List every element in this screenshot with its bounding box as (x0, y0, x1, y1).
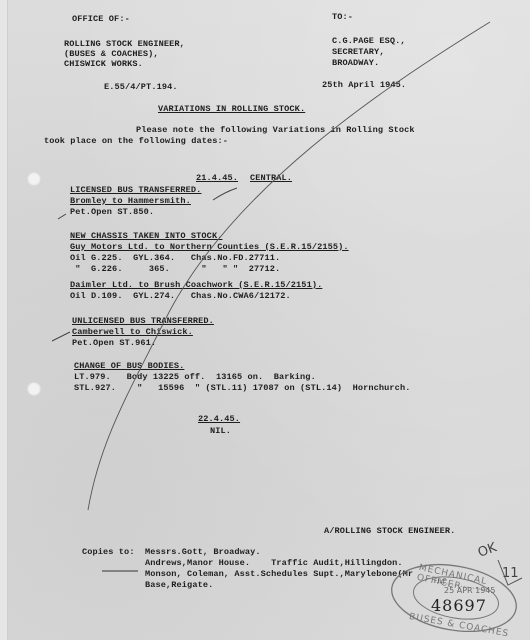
to-line-3: BROADWAY. (332, 58, 379, 68)
from-label: OFFICE OF:- (72, 14, 130, 24)
new-chassis-row-2: " G.226. 365. " " " 27712. (70, 264, 280, 274)
document-page: OFFICE OF:- ROLLING STOCK ENGINEER, (BUS… (0, 0, 530, 640)
from-line-3: CHISWICK WORKS. (64, 59, 143, 69)
second-date-value: NIL. (210, 426, 231, 436)
signature-line: A/ROLLING STOCK ENGINEER. (324, 526, 455, 536)
reference-number: E.55/4/PT.194. (104, 82, 178, 92)
date-heading: 21.4.45. (196, 173, 238, 183)
depot-heading: CENTRAL. (250, 173, 292, 183)
punch-hole-top (27, 172, 41, 186)
copies-label: Copies to: (82, 547, 135, 557)
letter-date: 25th April 1945. (322, 80, 406, 90)
copies-line-2: Andrews,Manor House. Traffic Audit,Hilli… (145, 558, 403, 568)
intro-line-2: took place on the following dates:- (44, 136, 228, 146)
unlicensed-transfer-heading: UNLICENSED BUS TRANSFERRED. (72, 316, 214, 326)
new-chassis-line-2: Daimler Ltd. to Brush Coachwork (S.E.R.1… (70, 280, 322, 290)
licensed-transfer-heading: LICENSED BUS TRANSFERRED. (70, 185, 201, 195)
handwritten-mark-ok: OK (476, 540, 499, 561)
body-change-row-1: LT.979. Body 13225 off. 13165 on. Barkin… (74, 372, 316, 382)
stamp-file-label: FILE (434, 578, 446, 585)
new-chassis-line-1: Guy Motors Ltd. to Northern Counties (S.… (70, 242, 349, 252)
intro-line-1: Please note the following Variations in … (136, 125, 415, 135)
stamp-date: 25 APR 1945 (444, 586, 495, 595)
copies-line-3: Monson, Coleman, Asst.Schedules Supt.,Ma… (145, 569, 413, 579)
new-chassis-row-3: Oil D.109. GYL.274. Chas.No.CWA6/12172. (70, 291, 291, 301)
to-line-1: C.G.PAGE ESQ., (332, 36, 406, 46)
stamp-number: 48697 (431, 596, 487, 615)
copies-line-4: Base,Reigate. (145, 580, 213, 590)
copies-line-1: Messrs.Gott, Broadway. (145, 547, 261, 557)
licensed-transfer-detail: Pet.Open ST.850. (70, 207, 154, 217)
body-changes-heading: CHANGE OF BUS BODIES. (74, 361, 184, 371)
document-title: VARIATIONS IN ROLLING STOCK. (158, 104, 305, 114)
punch-hole-bottom (27, 382, 41, 396)
from-line-2: (BUSES & COACHES), (64, 49, 159, 59)
page-edge (0, 0, 8, 640)
new-chassis-row-1: Oil G.225. GYL.364. Chas.No.FD.27711. (70, 253, 280, 263)
new-chassis-heading: NEW CHASSIS TAKEN INTO STOCK. (70, 231, 222, 241)
from-line-1: ROLLING STOCK ENGINEER, (64, 39, 185, 49)
to-label: TO:- (332, 12, 353, 22)
handwritten-mark-11: 11 (502, 566, 519, 581)
body-change-row-2: STL.927. " 15596 " (STL.11) 17087 on (ST… (74, 383, 410, 393)
to-line-2: SECRETARY, (332, 47, 385, 57)
unlicensed-transfer-route: Camberwell to Chiswick. (72, 327, 193, 337)
unlicensed-transfer-detail: Pet.Open ST.961. (72, 338, 156, 348)
licensed-transfer-route: Bromley to Hammersmith. (70, 196, 191, 206)
second-date: 22.4.45. (198, 414, 240, 424)
